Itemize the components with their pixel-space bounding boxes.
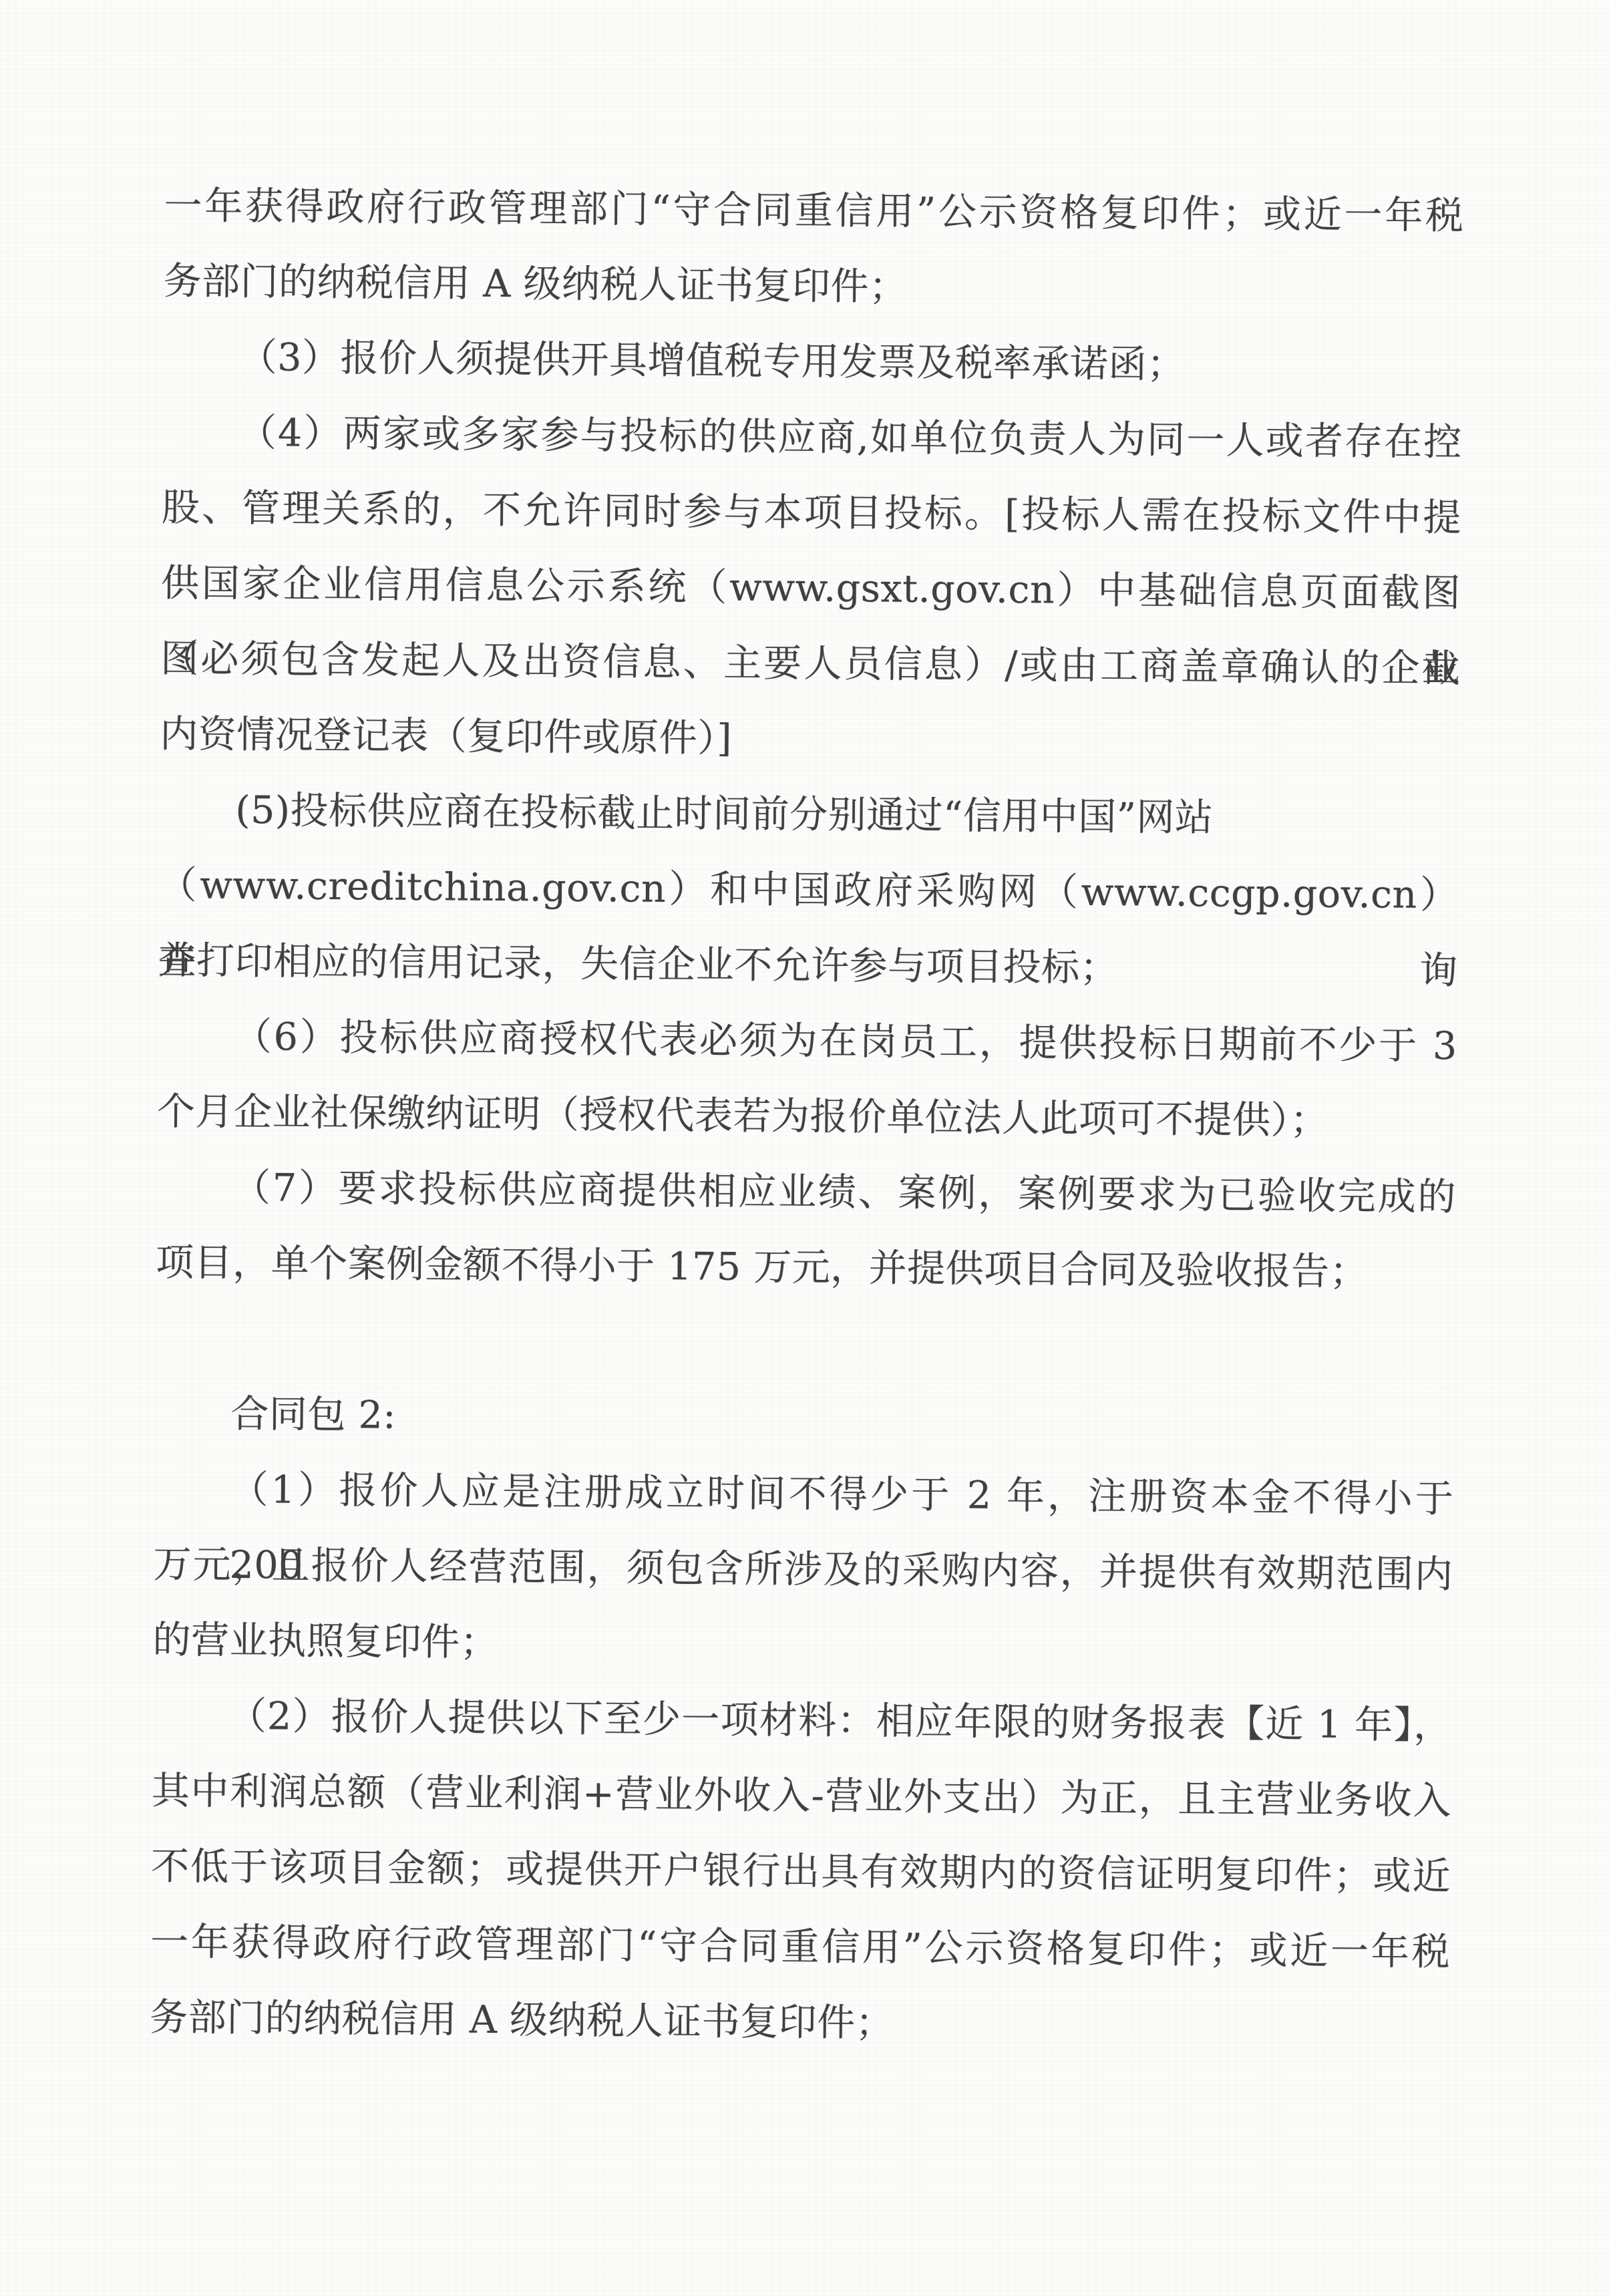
text-line: 务部门的纳税信用 A 级纳税人证书复印件；: [150, 1980, 1450, 2066]
text-line: （3）报价人须提供开具增值税专用发票及税率承诺函；: [162, 319, 1463, 405]
text-line: （4）两家或多家参与投标的供应商,如单位负责人为同一人或者存在控: [162, 395, 1462, 480]
text-line: (5)投标供应商在投标截止时间前分别通过“信用中国”网站: [159, 772, 1459, 858]
document-text-block: 一年获得政府行政管理部门“守合同重信用”公示资格复印件；或近一年税务部门的纳税信…: [150, 168, 1464, 2066]
scanned-document-page: 一年获得政府行政管理部门“守合同重信用”公示资格复印件；或近一年税务部门的纳税信…: [0, 0, 1609, 2296]
text-line: 股、管理关系的，不允许同时参与本项目投标。[投标人需在投标文件中提: [162, 470, 1462, 556]
text-line: 其中利润总额（营业利润+营业外收入-营业外支出）为正，且主营业务收入: [151, 1754, 1451, 1839]
text-line: （1）报价人应是注册成立时间不得少于 2 年，注册资本金不得小于 200: [154, 1452, 1454, 1537]
text-line: 个月企业社保缴纳证明（授权代表若为报价单位法人此项可不提供）；: [156, 1074, 1457, 1160]
text-line: 万元，且报价人经营范围，须包含所涉及的采购内容，并提供有效期范围内: [153, 1527, 1453, 1613]
text-line: 务部门的纳税信用 A 级纳税人证书复印件；: [163, 244, 1463, 329]
text-line: 内资情况登记表（复印件或原件）]: [160, 697, 1460, 782]
text-line: 不低于该项目金额；或提供开户银行出具有效期内的资信证明复印件；或近: [151, 1829, 1451, 1915]
text-line: 一年获得政府行政管理部门“守合同重信用”公示资格复印件；或近一年税: [164, 168, 1464, 254]
text-line: （7）要求投标供应商提供相应业绩、案例，案例要求为已验收完成的: [156, 1150, 1457, 1235]
text-line: 一年获得政府行政管理部门“守合同重信用”公示资格复印件；或近一年税: [150, 1905, 1451, 1990]
text-line: （2）报价人提供以下至少一项材料：相应年限的财务报表【近 1 年】，: [152, 1678, 1452, 1764]
text-line: （6）投标供应商授权代表必须为在岗员工，提供投标日期前不少于 3: [157, 999, 1457, 1084]
text-line: 合同包 2:: [154, 1376, 1455, 1462]
text-line: （www.creditchina.gov.cn）和中国政府采购网（www.ccg…: [158, 848, 1459, 933]
text-line: 图必须包含发起人及出资信息、主要人员信息）/或由工商盖章确认的企业: [160, 621, 1461, 707]
blank-line: [155, 1301, 1455, 1386]
text-line: 供国家企业信用信息公示系统（www.gsxt.gov.cn）中基础信息页面截图（…: [161, 546, 1461, 631]
text-line: 项目，单个案例金额不得小于 175 万元，并提供项目合同及验收报告；: [156, 1225, 1456, 1311]
text-line: 的营业执照复印件；: [152, 1603, 1453, 1688]
